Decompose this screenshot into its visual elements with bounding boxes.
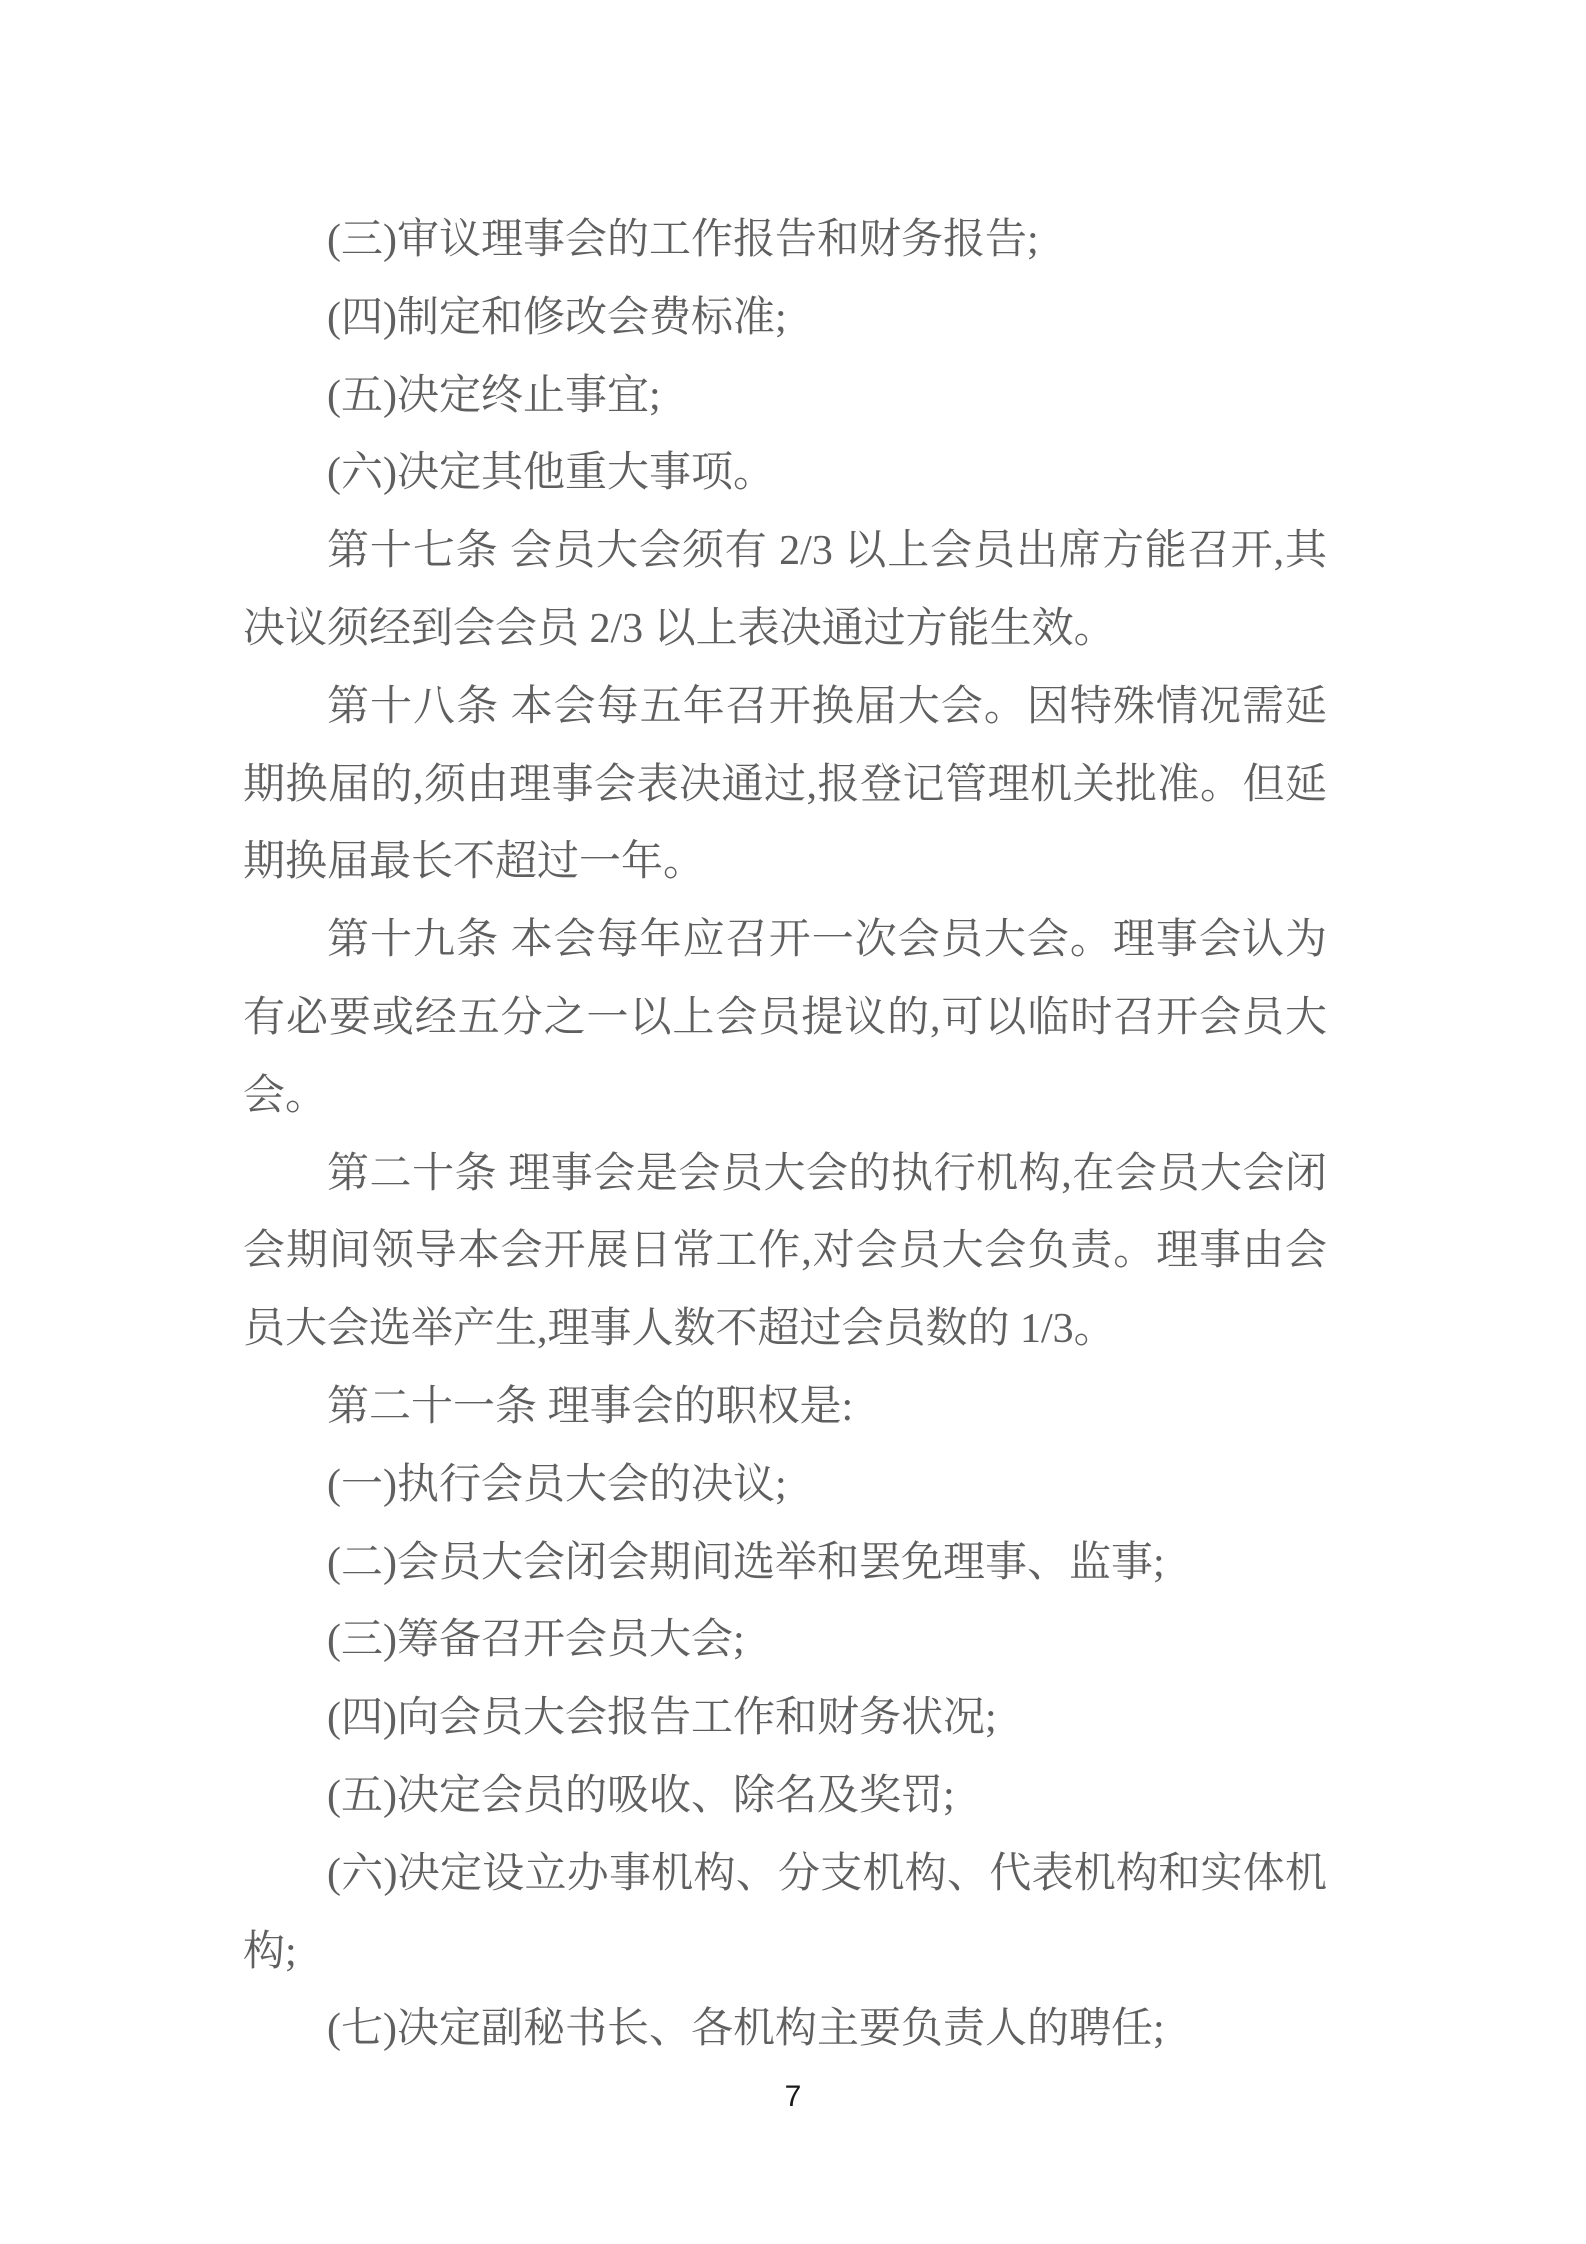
document-paragraph: (三)审议理事会的工作报告和财务报告; xyxy=(243,202,1327,280)
document-paragraph: 第二十条 理事会是会员大会的执行机构,在会员大会闭会期间领导本会开展日常工作,对… xyxy=(243,1136,1327,1369)
page-number: 7 xyxy=(785,2080,802,2113)
document-paragraph: (六)决定设立办事机构、分支机构、代表机构和实体机构; xyxy=(243,1836,1327,1992)
document-paragraph: (三)筹备召开会员大会; xyxy=(243,1602,1327,1680)
page-footer: 7 xyxy=(0,2080,1586,2114)
document-page: (三)审议理事会的工作报告和财务报告; (四)制定和修改会费标准; (五)决定终… xyxy=(0,0,1586,2244)
document-body: (三)审议理事会的工作报告和财务报告; (四)制定和修改会费标准; (五)决定终… xyxy=(0,0,1586,2069)
document-paragraph: (二)会员大会闭会期间选举和罢免理事、监事; xyxy=(243,1525,1327,1603)
document-paragraph: 第十九条 本会每年应召开一次会员大会。理事会认为有必要或经五分之一以上会员提议的… xyxy=(243,902,1327,1135)
document-paragraph: (一)执行会员大会的决议; xyxy=(243,1447,1327,1525)
document-paragraph: (四)制定和修改会费标准; xyxy=(243,280,1327,358)
document-paragraph: 第二十一条 理事会的职权是: xyxy=(243,1369,1327,1447)
document-paragraph: 第十七条 会员大会须有 2/3 以上会员出席方能召开,其决议须经到会会员 2/3… xyxy=(243,513,1327,669)
document-paragraph: (七)决定副秘书长、各机构主要负责人的聘任; xyxy=(243,1991,1327,2069)
document-paragraph: (五)决定终止事宜; xyxy=(243,358,1327,436)
document-paragraph: (五)决定会员的吸收、除名及奖罚; xyxy=(243,1758,1327,1836)
document-paragraph: (六)决定其他重大事项。 xyxy=(243,435,1327,513)
document-paragraph: (四)向会员大会报告工作和财务状况; xyxy=(243,1680,1327,1758)
document-paragraph: 第十八条 本会每五年召开换届大会。因特殊情况需延期换届的,须由理事会表决通过,报… xyxy=(243,669,1327,902)
